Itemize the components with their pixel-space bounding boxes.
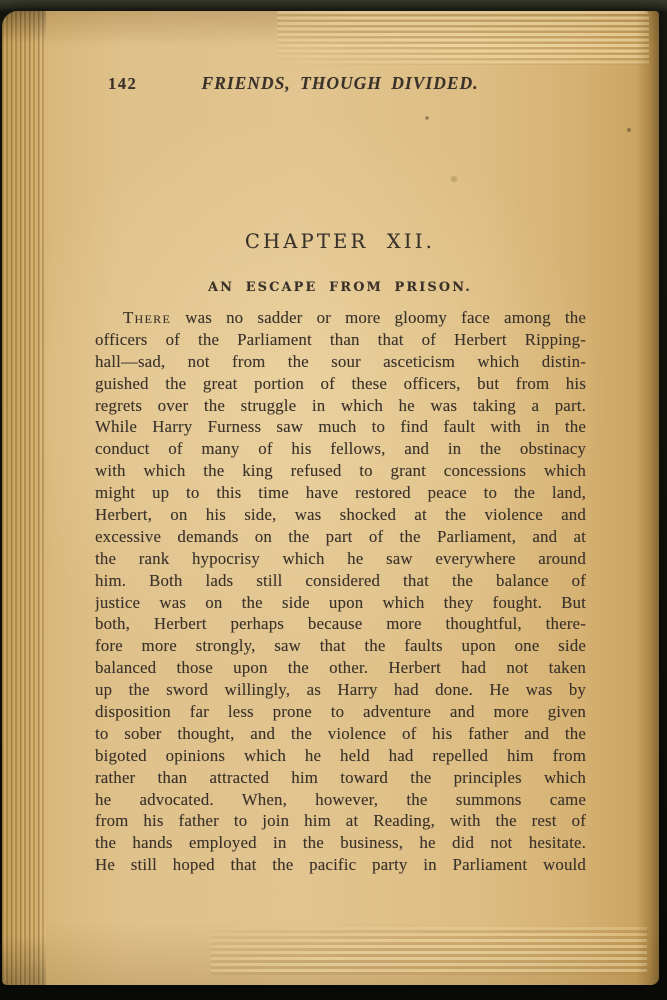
paragraph-line: might up to this time have restored peac… <box>95 482 586 504</box>
paragraph-line: hall—sad, not from the sour asceticism w… <box>95 351 586 373</box>
paragraph-line: disposition far less prone to adventure … <box>95 701 586 723</box>
chapter-subtitle: AN ESCAPE FROM PRISON. <box>95 280 585 295</box>
paragraph-line: While Harry Furness saw much to find fau… <box>95 416 586 438</box>
paragraph-line: Herbert, on his side, was shocked at the… <box>95 504 586 526</box>
paragraph-line: regrets over the struggle in which he wa… <box>95 395 586 417</box>
paragraph-line: excessive demands on the part of the Par… <box>95 526 586 548</box>
paragraph-line: conduct of many of his fellows, and in t… <box>95 438 586 460</box>
fore-edge-streaks-top <box>277 11 649 65</box>
paragraph-line: from his father to join him at Reading, … <box>95 810 586 832</box>
paragraph-line: to sober thought, and the violence of hi… <box>95 723 586 745</box>
paragraph-line: he advocated. When, however, the summons… <box>95 789 586 811</box>
paragraph-line: justice was on the side upon which they … <box>95 592 586 614</box>
paragraph-line: balanced those upon the other. Herbert h… <box>95 657 586 679</box>
paragraph-line: There was no sadder or more gloomy face … <box>95 307 586 329</box>
running-title: FRIENDS, THOUGH DIVIDED. <box>95 74 585 93</box>
paragraph-line: officers of the Parliament than that of … <box>95 329 586 351</box>
page-fore-edge-shade <box>637 11 659 985</box>
paragraph-line: bigoted opinions which he held had repel… <box>95 745 586 767</box>
paragraph-line: him. Both lads still considered that the… <box>95 570 586 592</box>
paragraph-line: the hands employed in the business, he d… <box>95 832 586 854</box>
paragraph-line: with which the king refused to grant con… <box>95 460 586 482</box>
scanned-book-photo: 142 FRIENDS, THOUGH DIVIDED. CHAPTER XII… <box>0 0 667 1000</box>
paragraph-line: guished the great portion of these offic… <box>95 373 586 395</box>
paragraph-line: fore more strongly, saw that the faults … <box>95 635 586 657</box>
paragraph-lead-word: There <box>123 308 171 327</box>
paragraph-line: up the sword willingly, as Harry had don… <box>95 679 586 701</box>
fore-edge-streaks-bottom <box>211 927 647 975</box>
paragraph-line: both, Herbert perhaps because more thoug… <box>95 613 586 635</box>
paragraph-line: rather than attracted him toward the pri… <box>95 767 586 789</box>
chapter-heading: CHAPTER XII. <box>95 230 585 253</box>
paragraph-line: He still hoped that the pacific party in… <box>95 854 586 876</box>
paragraph-line: the rank hypocrisy which he saw everywhe… <box>95 548 586 570</box>
body-paragraph: There was no sadder or more gloomy face … <box>95 307 586 876</box>
gutter-page-edges <box>2 11 46 985</box>
